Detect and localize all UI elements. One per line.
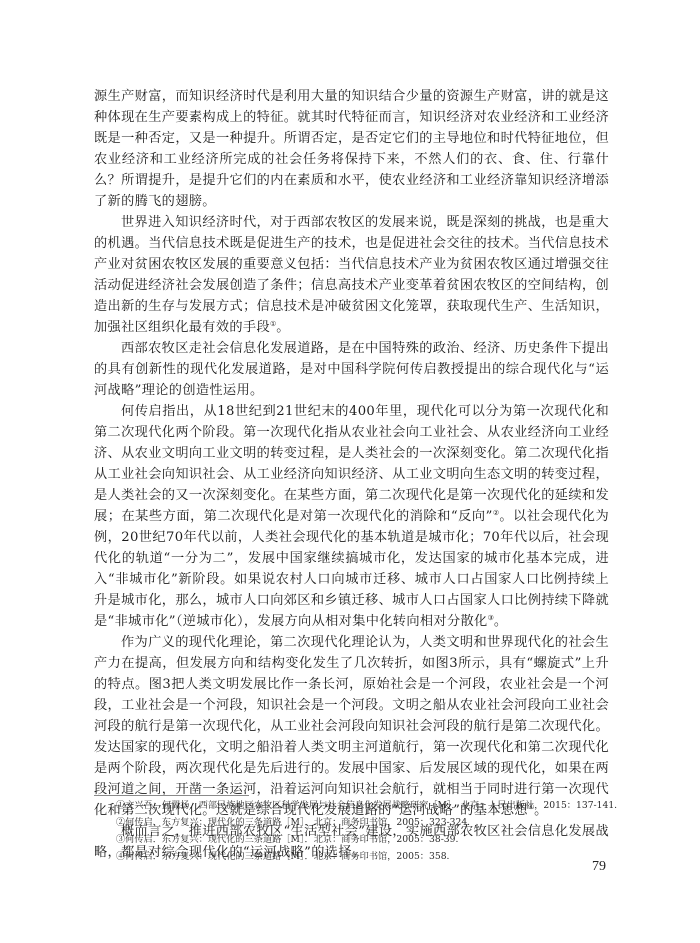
body-text: 源生产财富，而知识经济时代是利用大量的知识结合少量的资源生产财富，讲的就是这种体… — [94, 86, 609, 863]
paragraph-text: 世界进入知识经济时代，对于西部农牧区的发展来说，既是深刻的挑战，也是重大的机遇。… — [94, 215, 609, 335]
page-number: 79 — [592, 859, 606, 875]
footnote-1: ①文兴吾，何翼扬．西部民族地区农牧区科学发展与社会信息化发展战略研究［M］．北京… — [116, 797, 616, 814]
footnote-2: ②何传启．东方复兴：现代化的三条道路［M］．北京：商务印书馆，2005：323-… — [116, 814, 616, 831]
paragraph-2: 世界进入知识经济时代，对于西部农牧区的发展来说，既是深刻的挑战，也是重大的机遇。… — [94, 212, 609, 338]
footnote-4: ④何传启．东方复兴：现代化的三条道路［M］．北京：商务印书馆，2005：358. — [116, 848, 616, 865]
paragraph-text: 何传启指出，从18世纪到21世纪末的400年里，现代化可以分为第一次现代化和第二… — [94, 404, 609, 524]
paragraph-1: 源生产财富，而知识经济时代是利用大量的知识结合少量的资源生产财富，讲的就是这种体… — [94, 86, 609, 212]
paragraph-text-continued: 。以社会现代化为例，20世纪70年代以前，人类社会现代化的基本轨道是城市化；70… — [94, 509, 609, 629]
footnote-3: ③何传启．东方复兴：现代化的三条道路［M］．北京：商务印书馆，2005：38-3… — [116, 831, 616, 848]
paragraph-tail: 。 — [494, 614, 508, 629]
page-body: 源生产财富，而知识经济时代是利用大量的知识结合少量的资源生产财富，讲的就是这种体… — [94, 86, 609, 863]
paragraph-text: 作为广义的现代化理论，第二次现代化理论认为，人类文明和世界现代化的社会生产力在提… — [94, 635, 609, 818]
paragraph-tail: 。 — [276, 320, 290, 335]
paragraph-text: 西部农牧区走社会信息化发展道路，是在中国特殊的政治、经济、历史条件下提出的具有创… — [94, 341, 609, 398]
footnote-divider — [94, 795, 249, 796]
paragraph-3: 西部农牧区走社会信息化发展道路，是在中国特殊的政治、经济、历史条件下提出的具有创… — [94, 338, 609, 401]
paragraph-text: 源生产财富，而知识经济时代是利用大量的知识结合少量的资源生产财富，讲的就是这种体… — [94, 89, 609, 209]
footnotes: ①文兴吾，何翼扬．西部民族地区农牧区科学发展与社会信息化发展战略研究［M］．北京… — [116, 797, 616, 865]
paragraph-5: 作为广义的现代化理论，第二次现代化理论认为，人类文明和世界现代化的社会生产力在提… — [94, 632, 609, 821]
paragraph-4: 何传启指出，从18世纪到21世纪末的400年里，现代化可以分为第一次现代化和第二… — [94, 401, 609, 632]
